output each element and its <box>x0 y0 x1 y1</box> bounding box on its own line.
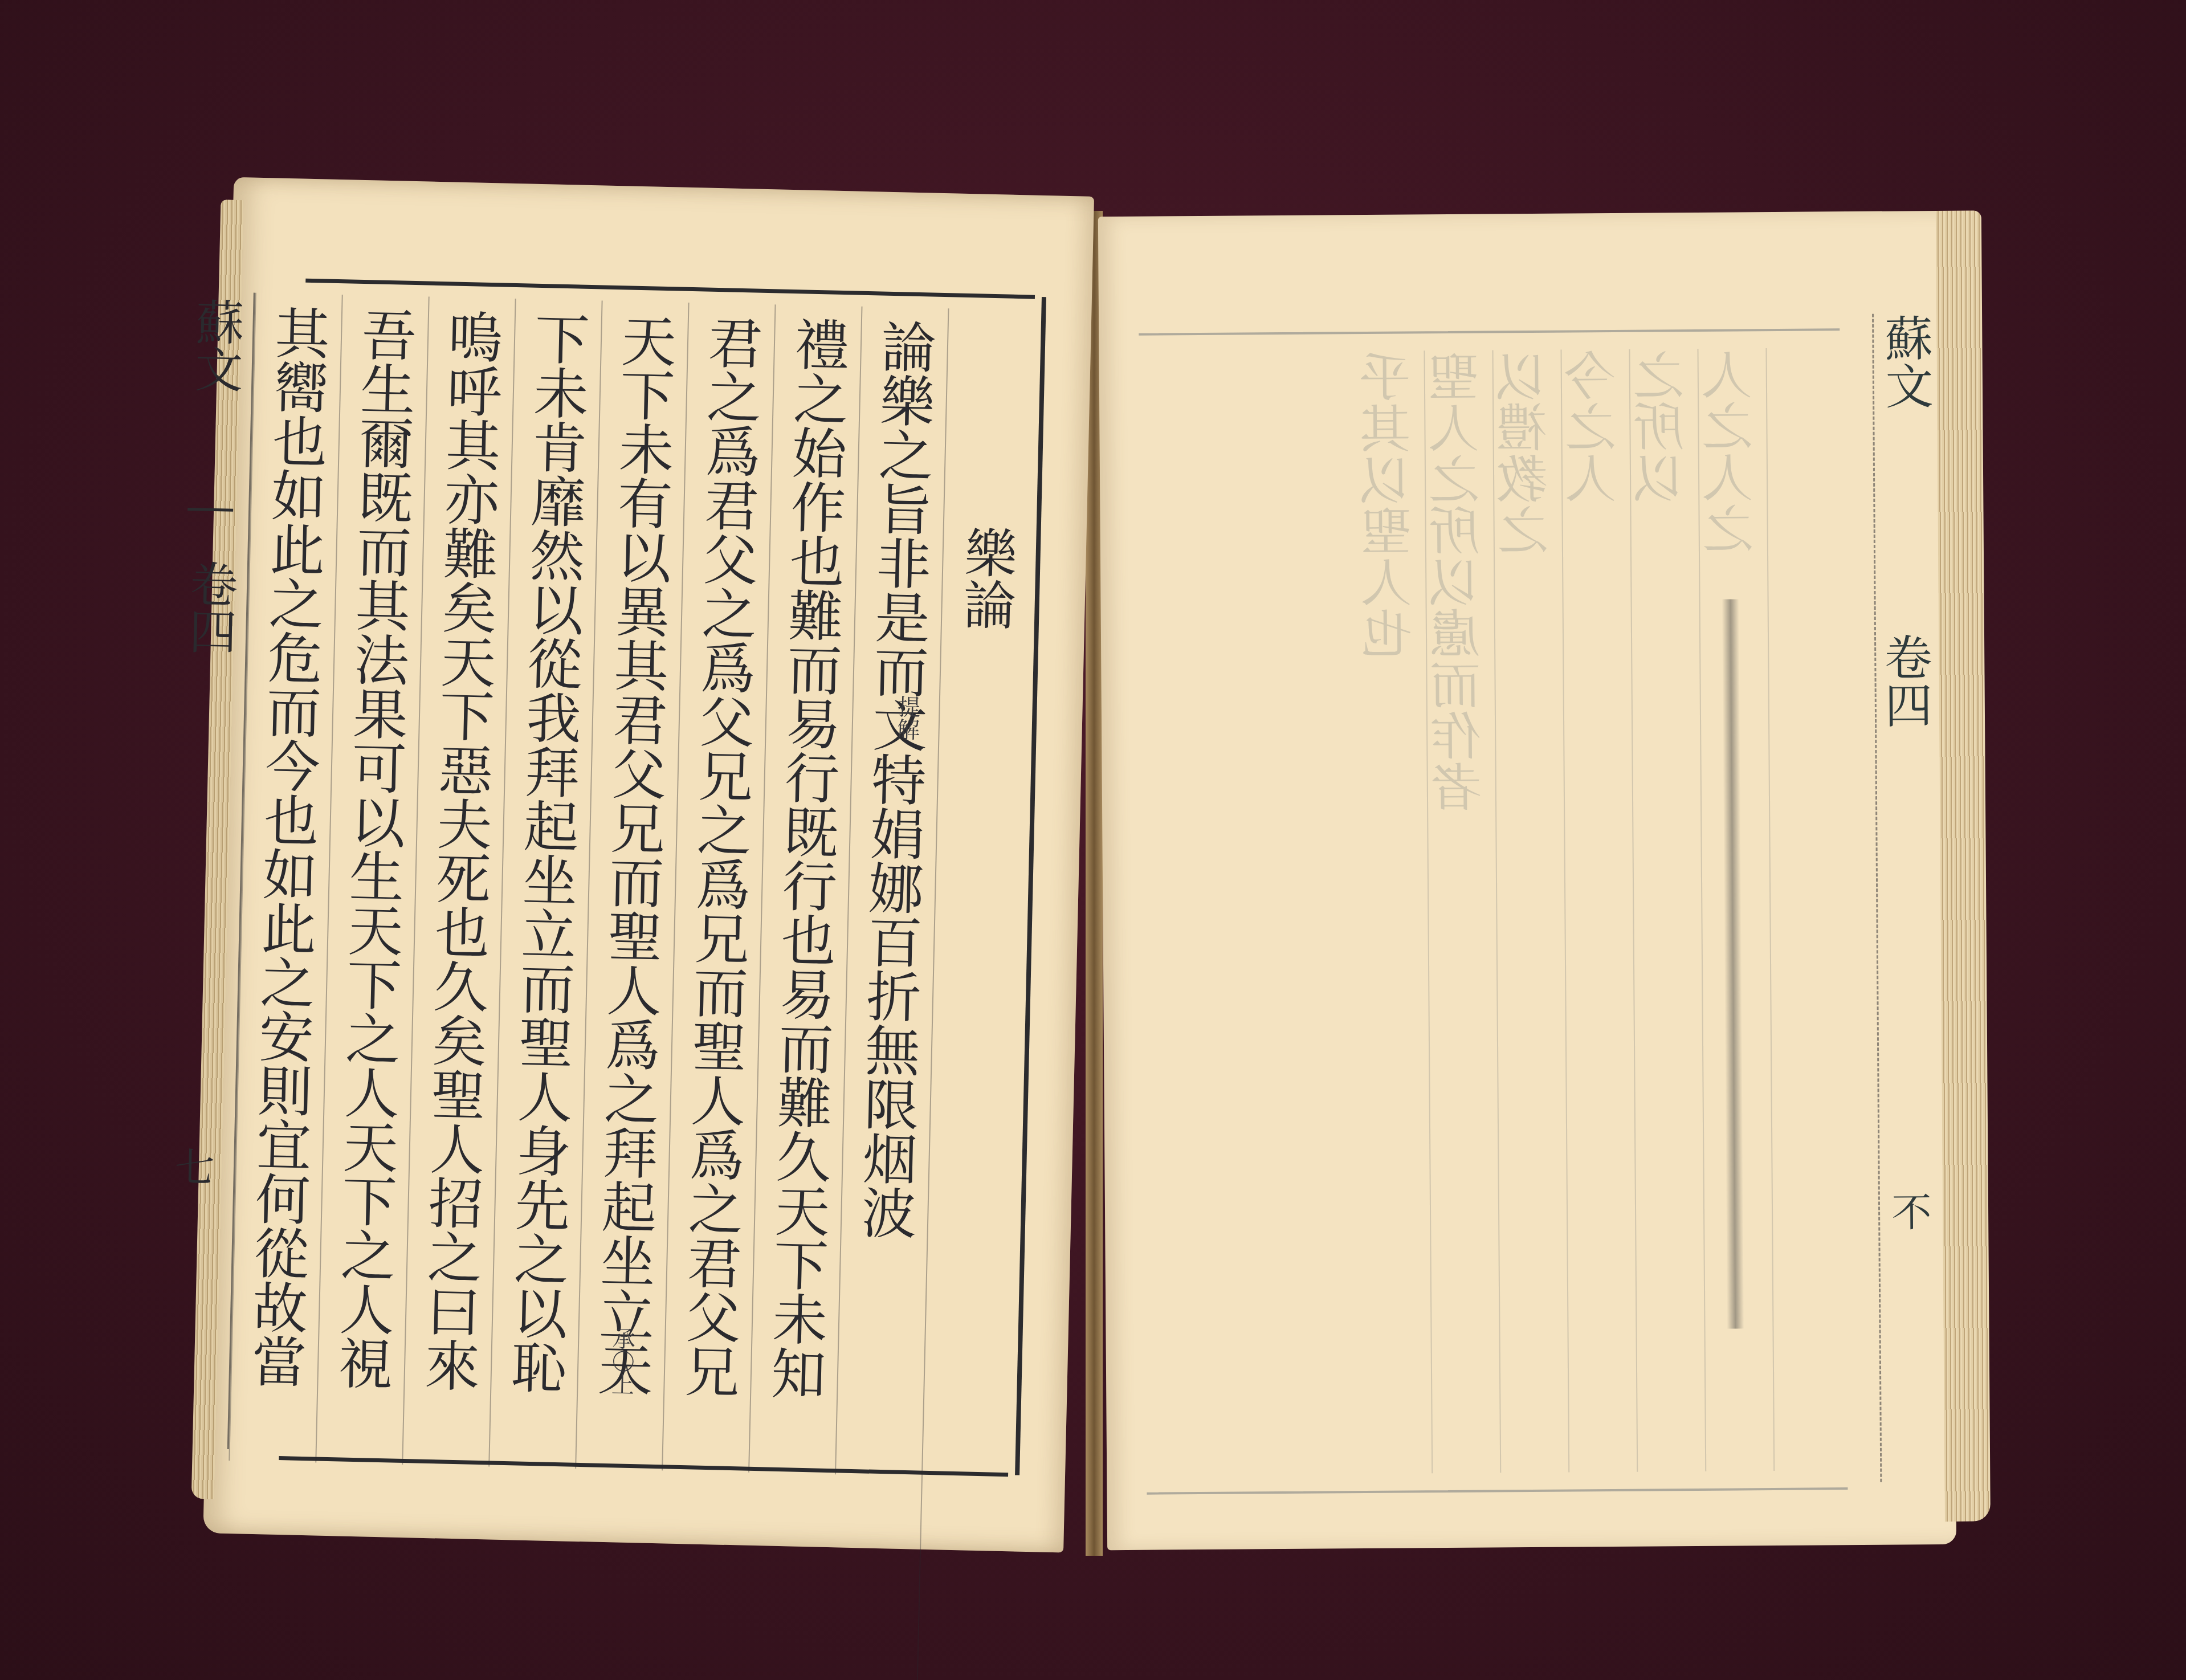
annotation-tijie: 提解 <box>894 695 920 741</box>
volume-label: 卷四 <box>176 559 243 655</box>
right-book-title: 蘇文 <box>1877 313 1934 410</box>
text-columns: 樂論 論樂之旨非是而文特娟娜百折無限烟波 禮之始作也難而易行既行也易而難久天下未… <box>279 294 1035 1467</box>
right-page-frame: 乎其以聖人也 聖人之所以慮而作者 以禮教之 今之人 之所以 人之人之 <box>1139 328 1848 1495</box>
annotation-cheng-shang: 承〇上 <box>608 1327 635 1396</box>
left-page-frame: 樂論 論樂之旨非是而文特娟娜百折無限烟波 禮之始作也難而易行既行也易而難久天下未… <box>279 279 1035 1477</box>
bleed-column-5: 之所以 <box>1629 349 1706 1472</box>
bleed-column-4: 今之人 <box>1560 349 1638 1473</box>
right-margin-column: 蘇文 卷四 不 <box>1872 313 1944 1482</box>
right-volume-label: 卷四 <box>1873 633 1936 729</box>
left-page: 樂論 論樂之旨非是而文特娟娜百折無限烟波 禮之始作也難而易行既行也易而難久天下未… <box>203 177 1094 1553</box>
right-page: 乎其以聖人也 聖人之所以慮而作者 以禮教之 今之人 之所以 人之人之 蘇文 卷四… <box>1098 211 1956 1550</box>
page-number: 七 <box>158 1145 225 1186</box>
bleed-column-2: 聖人之所以慮而作者 <box>1424 350 1502 1473</box>
bleed-column-1: 乎其以聖人也 <box>1356 350 1433 1474</box>
open-book: 樂論 論樂之旨非是而文特娟娜百折無限烟波 禮之始作也難而易行既行也易而難久天下未… <box>0 0 2186 1680</box>
bleed-column-3: 以禮教之 <box>1492 350 1570 1473</box>
page-edges-right <box>1936 210 1991 1522</box>
book-title: 蘇文 <box>182 297 250 393</box>
right-page-number: 不 <box>1877 1191 1940 1232</box>
fishtail-mark <box>186 508 233 557</box>
